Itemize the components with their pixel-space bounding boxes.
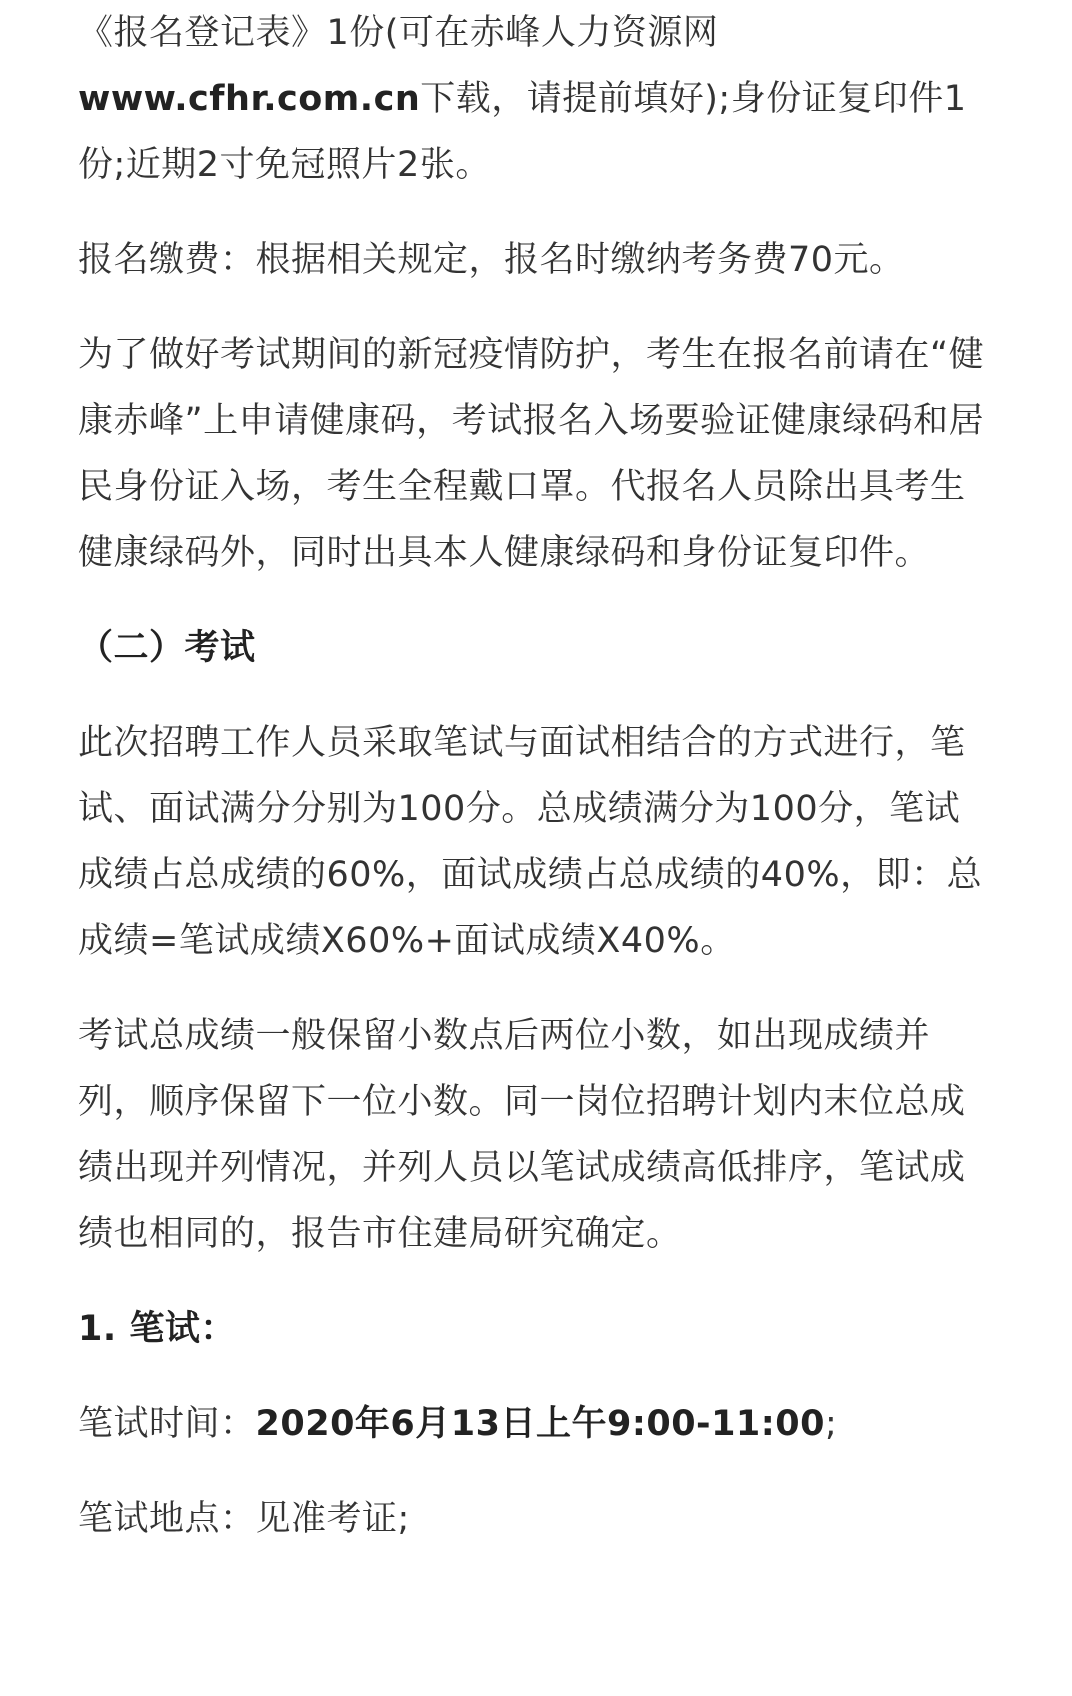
section-heading-exam: （二）考试 bbox=[78, 615, 992, 681]
text: ; bbox=[825, 1404, 837, 1444]
website-link[interactable]: www.cfhr.com.cn bbox=[78, 79, 420, 119]
article-body: 《报名登记表》1份(可在赤峰人力资源网www.cfhr.com.cn下载，请提前… bbox=[0, 0, 1072, 1552]
label: 笔试时间： bbox=[78, 1404, 256, 1444]
paragraph-score-rules: 考试总成绩一般保留小数点后两位小数，如出现成绩并列，顺序保留下一位小数。同一岗位… bbox=[78, 1003, 992, 1267]
text: 考试总成绩一般保留小数点后两位小数，如出现成绩并列，顺序保留下一位小数。同一岗位… bbox=[78, 1016, 966, 1254]
text: 《报名登记表》1份(可在赤峰人力资源网 bbox=[78, 13, 718, 53]
exam-datetime: 2020年6月13日上午9:00-11:00 bbox=[256, 1404, 825, 1444]
subheading-written-exam: 1. 笔试： bbox=[78, 1296, 992, 1362]
paragraph-written-time: 笔试时间：2020年6月13日上午9:00-11:00; bbox=[78, 1391, 992, 1457]
paragraph-materials: 《报名登记表》1份(可在赤峰人力资源网www.cfhr.com.cn下载，请提前… bbox=[78, 0, 992, 198]
paragraph-written-location: 笔试地点：见准考证; bbox=[78, 1486, 992, 1552]
heading-text: 1. 笔试： bbox=[78, 1309, 236, 1349]
text: 笔试地点：见准考证; bbox=[78, 1499, 410, 1539]
paragraph-fee: 报名缴费：根据相关规定，报名时缴纳考务费70元。 bbox=[78, 227, 992, 293]
text: 此次招聘工作人员采取笔试与面试相结合的方式进行，笔试、面试满分分别为100分。总… bbox=[78, 723, 982, 961]
heading-text: （二）考试 bbox=[78, 628, 256, 668]
text: 报名缴费：根据相关规定，报名时缴纳考务费70元。 bbox=[78, 240, 905, 280]
paragraph-covid: 为了做好考试期间的新冠疫情防护，考生在报名前请在“健康赤峰”上申请健康码，考试报… bbox=[78, 322, 992, 586]
paragraph-exam-method: 此次招聘工作人员采取笔试与面试相结合的方式进行，笔试、面试满分分别为100分。总… bbox=[78, 710, 992, 974]
text: 为了做好考试期间的新冠疫情防护，考生在报名前请在“健康赤峰”上申请健康码，考试报… bbox=[78, 335, 984, 573]
